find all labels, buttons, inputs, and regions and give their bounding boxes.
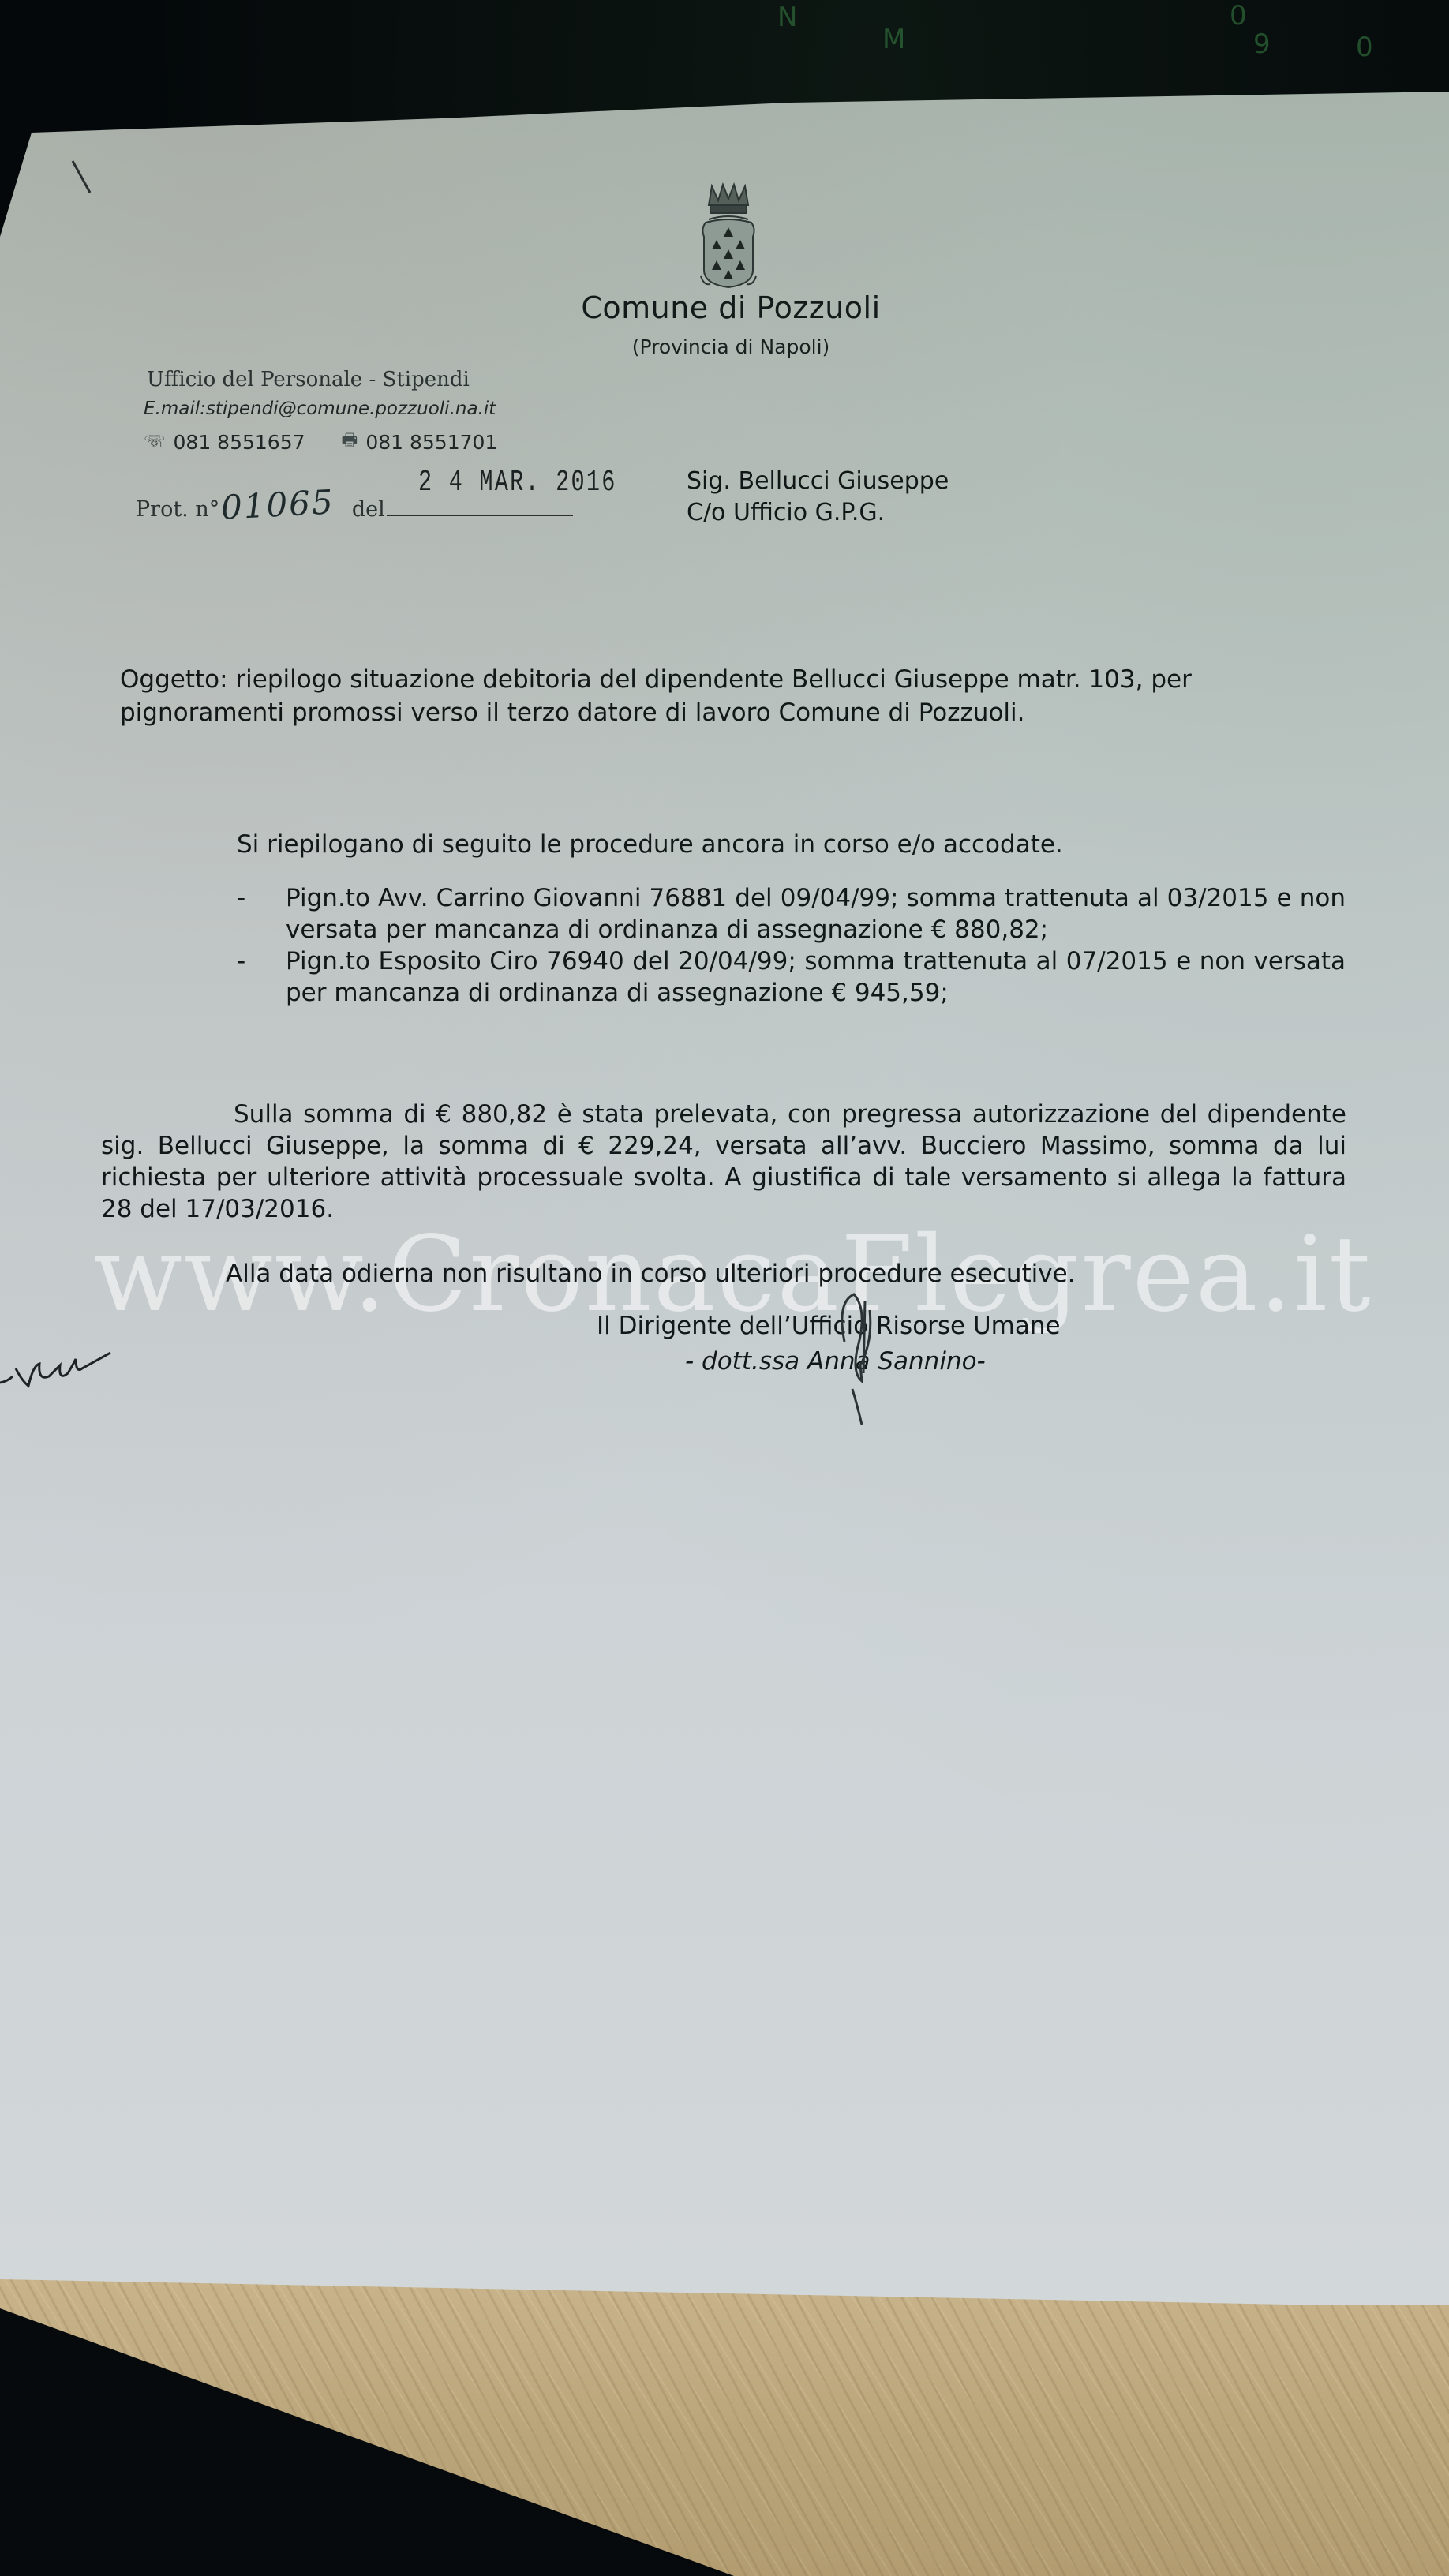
telephone-icon: ☏ [144, 432, 166, 452]
list-bullet: - [237, 945, 286, 1009]
background-keyboard-glyph: M [882, 24, 905, 55]
recipient-name: Sig. Bellucci Giuseppe [687, 466, 949, 497]
recipient-office: C/o Ufficio G.P.G. [687, 497, 949, 529]
list-item: - Pign.to Avv. Carrino Giovanni 76881 de… [237, 882, 1346, 945]
intro-text: Si riepilogano di seguito le procedure a… [237, 829, 1063, 860]
organization-name: Comune di Pozzuoli [549, 290, 912, 325]
office-contacts: ☏ 081 8551657 🖶 081 8551701 [144, 427, 497, 457]
procedure-text: Pign.to Esposito Ciro 76940 del 20/04/99… [286, 945, 1346, 1009]
list-bullet: - [237, 882, 286, 945]
procedures-list: - Pign.to Avv. Carrino Giovanni 76881 de… [237, 882, 1346, 1009]
fax-icon: 🖶 [342, 427, 358, 457]
fax-number: 081 8551701 [365, 431, 497, 454]
office-email: E.mail:stipendi@comune.pozzuoli.na.it [144, 399, 496, 419]
municipal-coat-of-arms-icon [693, 182, 764, 292]
protocol-label: Prot. n° [136, 497, 219, 522]
phone-number: 081 8551657 [174, 431, 305, 454]
province-name: (Provincia di Napoli) [549, 335, 912, 358]
protocol-date-field: 2 4 MAR. 2016 [387, 480, 573, 516]
pen-mark-icon [66, 158, 98, 197]
body-paragraph: Sulla somma di € 880,82 è stata prelevat… [101, 1099, 1346, 1225]
handwritten-initials-icon [0, 1342, 126, 1405]
background-keyboard-glyph: 0 [1356, 32, 1373, 63]
procedure-text: Pign.to Avv. Carrino Giovanni 76881 del … [286, 882, 1346, 945]
background-keyboard-glyph: N [777, 2, 797, 33]
protocol-date-stamp: 2 4 MAR. 2016 [418, 466, 617, 500]
list-item: - Pign.to Esposito Ciro 76940 del 20/04/… [237, 945, 1346, 1009]
closing-text: Alla data odierna non risultano in corso… [226, 1258, 1076, 1290]
protocol-date-label: del [352, 497, 385, 522]
protocol-number: 01065 [220, 482, 335, 526]
handwritten-signature-icon [829, 1286, 884, 1428]
subject-line: Oggetto: riepilogo situazione debitoria … [120, 663, 1351, 729]
background-keyboard-glyph: 9 [1253, 28, 1271, 60]
protocol-line: Prot. n° 01065 del 2 4 MAR. 2016 [136, 480, 573, 524]
office-name: Ufficio del Personale - Stipendi [147, 368, 470, 391]
recipient-block: Sig. Bellucci Giuseppe C/o Ufficio G.P.G… [687, 466, 949, 529]
background-keyboard-glyph: 0 [1230, 0, 1247, 32]
